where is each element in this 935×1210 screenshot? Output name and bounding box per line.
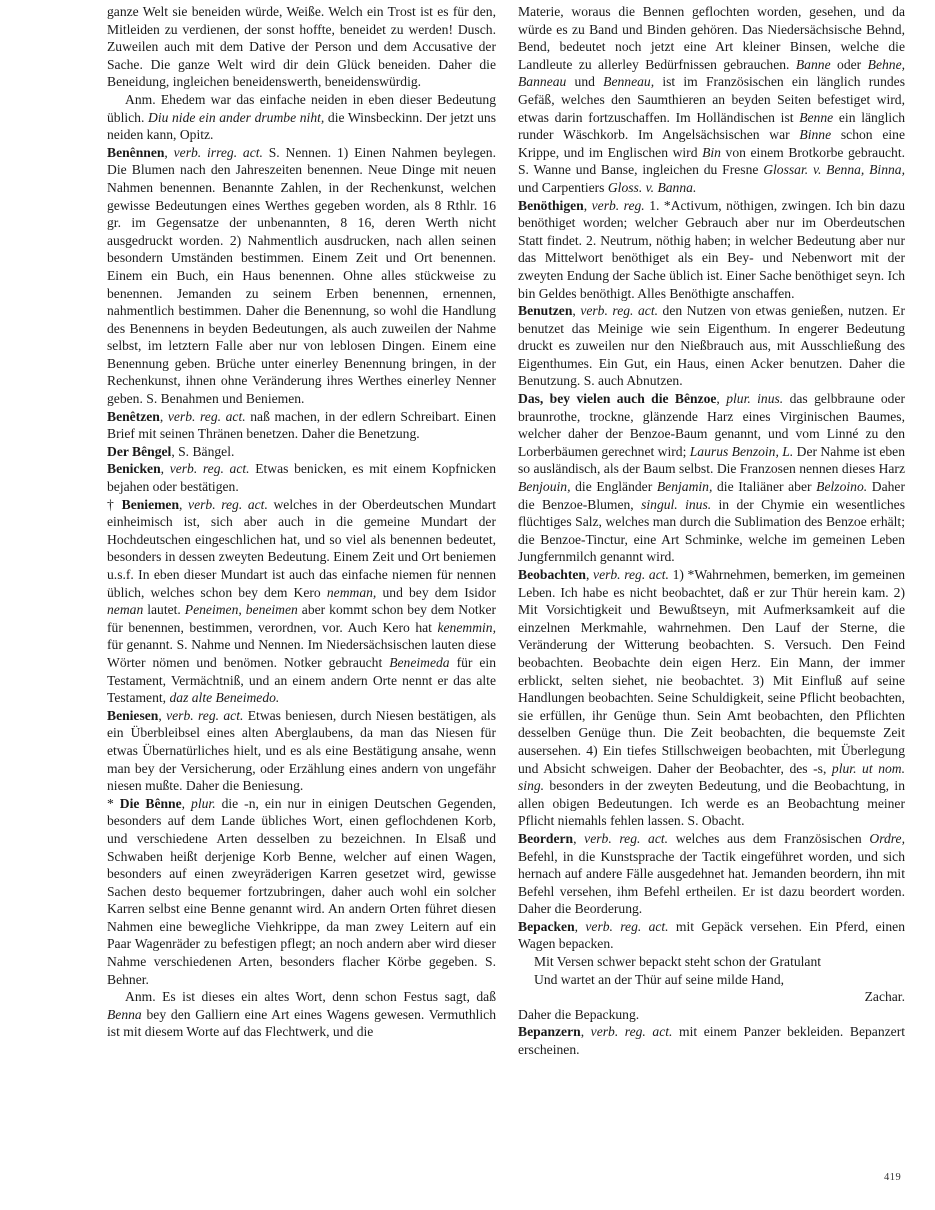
derived-form: Daher die Bepackung.: [518, 1006, 905, 1024]
page-number: 419: [884, 1172, 901, 1183]
entry-benzoe: Das, bey vielen auch die Bênzoe, plur. i…: [518, 390, 905, 566]
asterisk-mark: *: [107, 796, 120, 811]
old-form: Peneimen, beneimen: [185, 602, 298, 617]
definition: besonders in der zweyten Bedeutung, und …: [518, 778, 905, 828]
annotation-text: oder: [831, 57, 868, 72]
headword: Bepanzern: [518, 1024, 581, 1039]
old-form: kenemmin,: [437, 620, 496, 635]
foreign-term: Binne: [799, 127, 831, 142]
grammar-label: plur. inus.: [726, 391, 783, 406]
definition: lautet.: [143, 602, 185, 617]
verse-line: Und wartet an der Thür auf seine milde H…: [518, 971, 905, 989]
entry-benicken: Benicken, verb. reg. act. Etwas benicken…: [107, 460, 496, 495]
separator: ,: [584, 198, 592, 213]
entry-beniemen: † Beniemen, verb. reg. act. welches in d…: [107, 496, 496, 707]
old-form: Beneimeda: [389, 655, 449, 670]
definition: 1) *Wahrnehmen, bemerken, im gemeinen Le…: [518, 567, 905, 776]
continued-annotation: Materie, woraus die Bennen geflochten wo…: [518, 3, 905, 197]
continued-paragraph: ganze Welt sie beneiden würde, Weiße. We…: [107, 3, 496, 91]
grammar-label: plur.: [191, 796, 216, 811]
headword: Benêtzen: [107, 409, 160, 424]
grammar-label: verb. reg. act.: [580, 303, 658, 318]
right-column: Materie, woraus die Bennen geflochten wo…: [518, 3, 905, 1059]
entry-benoethigen: Benöthigen, verb. reg. 1. *Activum, nöth…: [518, 197, 905, 303]
entry-benennen: Benênnen, verb. irreg. act. S. Nennen. 1…: [107, 144, 496, 408]
annotation-text: bey den Galliern eine Art eines Wagens g…: [107, 1007, 496, 1040]
definition: und bey dem Isidor: [376, 585, 496, 600]
separator: ,: [182, 796, 191, 811]
annotation-paragraph: Anm. Ehedem war das einfache neiden in e…: [107, 91, 496, 144]
grammar-label: verb. reg. act.: [188, 497, 268, 512]
headword: Beordern: [518, 831, 573, 846]
quotation: Diu nide ein ander drumbe niht,: [148, 110, 324, 125]
separator: ,: [573, 831, 584, 846]
foreign-term: Benneau,: [603, 74, 654, 89]
entry-bengel: Der Bêngel, S. Bängel.: [107, 443, 496, 461]
separator: ,: [164, 145, 173, 160]
grammar-label: verb. reg.: [592, 198, 645, 213]
definition: die -n, ein nur in einigen Deutschen Geg…: [107, 796, 496, 987]
entry-bepanzern: Bepanzern, verb. reg. act. mit einem Pan…: [518, 1023, 905, 1058]
annotation-text: und Carpentiers: [518, 180, 608, 195]
foreign-term: Benne: [799, 110, 833, 125]
verse-attribution: Zachar.: [518, 988, 905, 1006]
definition: Befehl, in die Kunstsprache der Tactik e…: [518, 849, 905, 917]
foreign-term: Bin: [702, 145, 721, 160]
definition: , S. Bängel.: [171, 444, 234, 459]
separator: ,: [586, 567, 593, 582]
grammar-label: verb. reg. act.: [166, 708, 243, 723]
dagger-mark: †: [107, 497, 122, 512]
headword: Das, bey vielen auch die Bênzoe: [518, 391, 716, 406]
separator: ,: [581, 1024, 591, 1039]
grammar-label: verb. reg. act.: [585, 919, 668, 934]
separator: ,: [716, 391, 726, 406]
annotation-text: und: [566, 74, 603, 89]
annotation-text: Anm. Es ist dieses ein altes Wort, denn …: [125, 989, 496, 1004]
entry-beordern: Beordern, verb. reg. act. welches aus de…: [518, 830, 905, 918]
reference: Glossar. v. Benna, Binna,: [763, 162, 905, 177]
headword: Beobachten: [518, 567, 586, 582]
separator: ,: [158, 708, 166, 723]
headword: Der Bêngel: [107, 444, 171, 459]
headword: Beniemen: [122, 497, 179, 512]
grammar-label: verb. irreg. act.: [174, 145, 263, 160]
headword: Beniesen: [107, 708, 158, 723]
entry-bepacken: Bepacken, verb. reg. act. mit Gepäck ver…: [518, 918, 905, 953]
entry-benne: * Die Bênne, plur. die -n, ein nur in ei…: [107, 795, 496, 989]
headword: Die Bênne: [120, 796, 182, 811]
separator: ,: [160, 409, 168, 424]
grammar-label: verb. reg. act.: [593, 567, 669, 582]
annotation-paragraph: Anm. Es ist dieses ein altes Wort, denn …: [107, 988, 496, 1041]
latin-term: Laurus Benzoin, L.: [690, 444, 794, 459]
foreign-term: Ordre,: [869, 831, 905, 846]
foreign-term: Benjouin,: [518, 479, 570, 494]
headword: Benöthigen: [518, 198, 584, 213]
left-column: ganze Welt sie beneiden würde, Weiße. We…: [107, 3, 496, 1041]
definition: welches aus dem Französischen: [668, 831, 869, 846]
old-form: daz alte Beneimedo.: [169, 690, 279, 705]
grammar-label: verb. reg. act.: [584, 831, 668, 846]
definition: die Engländer: [570, 479, 656, 494]
reference: Gloss. v. Banna.: [608, 180, 696, 195]
definition: die Italiäner aber: [712, 479, 816, 494]
latin-term: Benna: [107, 1007, 142, 1022]
headword: Benicken: [107, 461, 161, 476]
entry-beobachten: Beobachten, verb. reg. act. 1) *Wahrnehm…: [518, 566, 905, 830]
headword: Benênnen: [107, 145, 164, 160]
old-form: nemman,: [327, 585, 376, 600]
grammar-label: verb. reg. act.: [591, 1024, 673, 1039]
grammar-label: verb. reg. act.: [168, 409, 246, 424]
separator: ,: [179, 497, 188, 512]
separator: ,: [575, 919, 586, 934]
old-form: neman: [107, 602, 143, 617]
separator: ,: [161, 461, 170, 476]
entry-benetzen: Benêtzen, verb. reg. act. naß machen, in…: [107, 408, 496, 443]
definition: S. Nennen. 1) Einen Nahmen beylegen. Die…: [107, 145, 496, 406]
entry-benutzen: Benutzen, verb. reg. act. den Nutzen von…: [518, 302, 905, 390]
foreign-term: Benjamin,: [657, 479, 713, 494]
entry-beniesen: Beniesen, verb. reg. act. Etwas beniesen…: [107, 707, 496, 795]
foreign-term: Banne: [796, 57, 831, 72]
grammar-label: singul. inus.: [641, 497, 711, 512]
verse-line: Mit Versen schwer bepackt steht schon de…: [518, 953, 905, 971]
headword: Bepacken: [518, 919, 575, 934]
grammar-label: verb. reg. act.: [170, 461, 250, 476]
headword: Benutzen: [518, 303, 572, 318]
foreign-term: Belzoino.: [816, 479, 867, 494]
